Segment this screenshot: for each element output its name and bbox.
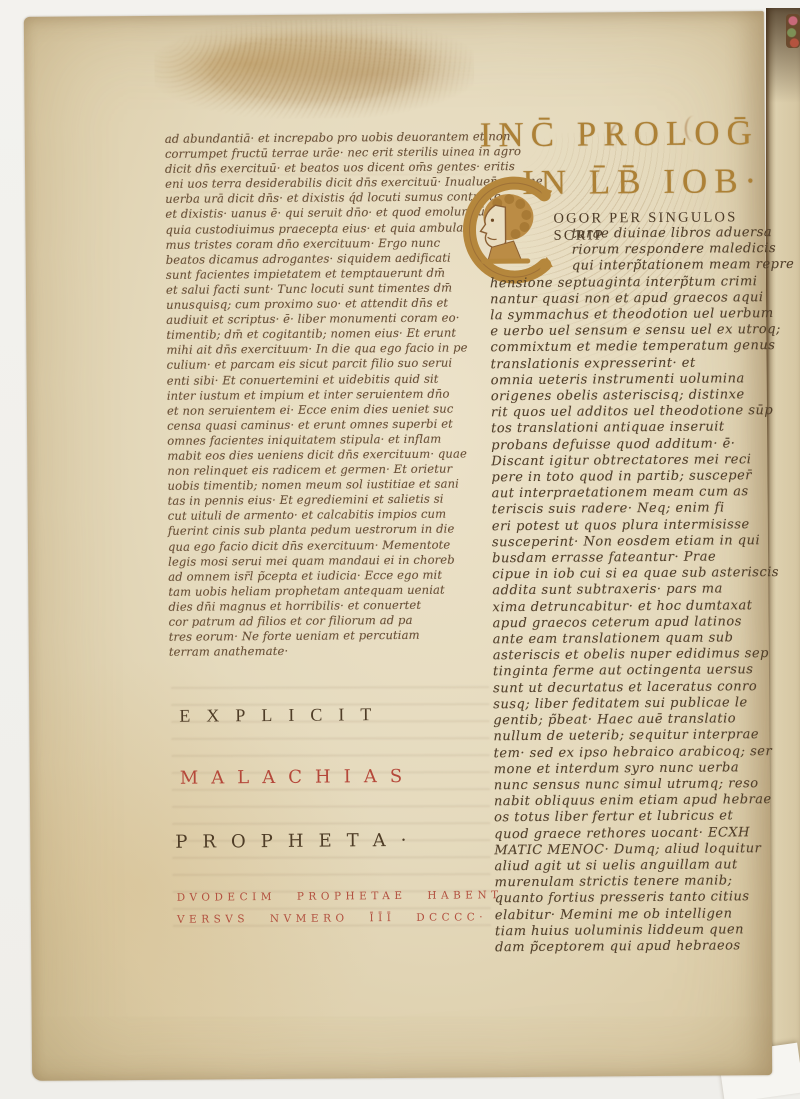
text-line: enti sibi· Et conuertemini et uidebitis …	[167, 371, 467, 388]
text-line: riorum respondere maledicis	[572, 241, 790, 259]
book-name-rubric: MALACHIAS	[180, 766, 415, 789]
colophon-line-2: VERSVS NVMERO ĪĪĪ DCCCC·	[177, 911, 487, 925]
text-line: rit quos uel additos uel theodotione sūp	[491, 403, 791, 422]
explicit-line: EXPLICIT	[179, 704, 387, 727]
left-text-column: ad abundantiā· et increpabo pro uobis de…	[165, 129, 469, 660]
text-line: xima detruncabitur· et hoc dumtaxat	[492, 598, 792, 617]
vellum-stain-top	[154, 17, 475, 120]
text-line: et dixistis· uanus ē· qui seruit dn̄o· e…	[165, 205, 465, 222]
text-line: sunt ut decurtatus et laceratus conro	[493, 679, 793, 698]
book-title-line: PROPHETA·	[175, 830, 421, 853]
text-line: cipue in iob cui si ea quae sub asterisc…	[492, 565, 792, 584]
text-line: culium· et parcam eis sicut parcit filio…	[167, 356, 467, 373]
text-line: MATIC MENOC· Dumq; aliud loquitur	[494, 841, 794, 860]
text-line: tem· sed ex ipso hebraico arabicoq; ser	[494, 743, 794, 762]
text-line: tam uobis heliam prophetam antequam ueni…	[168, 582, 468, 599]
right-text-column: turae diuinae libros aduersariorum respo…	[489, 225, 795, 956]
text-line: terram anathemate·	[169, 643, 469, 660]
parchment-page: ad abundantiā· et increpabo pro uobis de…	[24, 11, 772, 1081]
text-line: commixtum et medie temperatum genus	[490, 338, 790, 357]
text-line: dam p̃ceptorem qui apud hebraeos	[495, 938, 795, 957]
text-line: nullum de ueterib; sequitur interprae	[493, 727, 793, 746]
text-line: aut interpraetationem meam cum as	[492, 484, 792, 503]
incipit-heading-line2: IN L̄B̄ IOB·	[522, 161, 763, 203]
text-line: turae diuinae libros aduersa	[571, 225, 789, 243]
text-line: fuerint cinis sub planta pedum uestrorum…	[168, 522, 468, 539]
text-line: tinginta ferme aut octingenta uersus	[493, 662, 793, 681]
text-line: qui interp̃tationem meam repre	[572, 257, 790, 275]
text-line: quod graece rethores uocant· ECXH	[494, 824, 794, 843]
incipit-heading-line1: INC̄ PROLOḠ	[480, 113, 759, 155]
text-line: nabit obliquus enim etiam apud hebrae	[494, 792, 794, 811]
colophon-line-1: DVODECIM PROPHETAE HABENT	[177, 889, 503, 904]
manuscript-photo: ad abundantiā· et increpabo pro uobis de…	[0, 0, 800, 1099]
facing-page-ornament	[786, 14, 800, 48]
text-line: susceperint· Non eosdem etiam in qui	[492, 533, 792, 552]
